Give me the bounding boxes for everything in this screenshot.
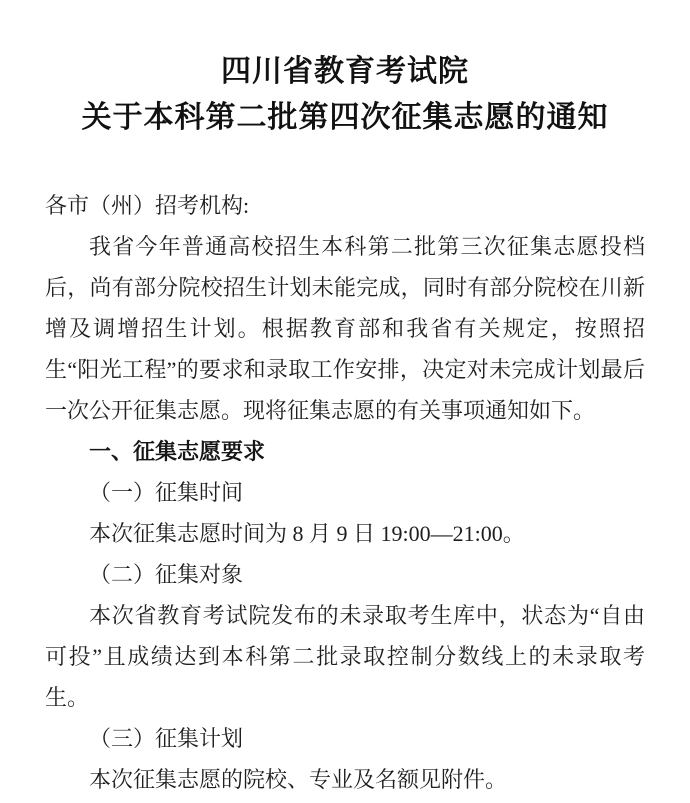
- notice-title: 四川省教育考试院 关于本科第二批第四次征集志愿的通知: [45, 49, 645, 141]
- salutation: 各市（州）招考机构:: [45, 185, 645, 226]
- section-1-heading: 一、征集志愿要求: [45, 431, 645, 472]
- notice-title-subject: 关于本科第二批第四次征集志愿的通知: [45, 95, 645, 141]
- intro-paragraph: 我省今年普通高校招生本科第二批第三次征集志愿投档后，尚有部分院校招生计划未能完成…: [45, 226, 645, 431]
- notice-document: 四川省教育考试院 关于本科第二批第四次征集志愿的通知 各市（州）招考机构: 我省…: [0, 0, 690, 803]
- subsection-heading-plan: （三）征集计划: [45, 718, 645, 759]
- subsection-heading-time: （一）征集时间: [45, 472, 645, 513]
- subsection-text-plan: 本次征集志愿的院校、专业及名额见附件。: [45, 759, 645, 800]
- notice-title-org: 四川省教育考试院: [45, 49, 645, 95]
- subsection-text-target: 本次省教育考试院发布的未录取考生库中，状态为“自由可投”且成绩达到本科第二批录取…: [45, 595, 645, 718]
- notice-body: 各市（州）招考机构: 我省今年普通高校招生本科第二批第三次征集志愿投档后，尚有部…: [45, 185, 645, 800]
- subsection-text-time: 本次征集志愿时间为 8 月 9 日 19:00—21:00。: [45, 513, 645, 554]
- subsection-heading-target: （二）征集对象: [45, 554, 645, 595]
